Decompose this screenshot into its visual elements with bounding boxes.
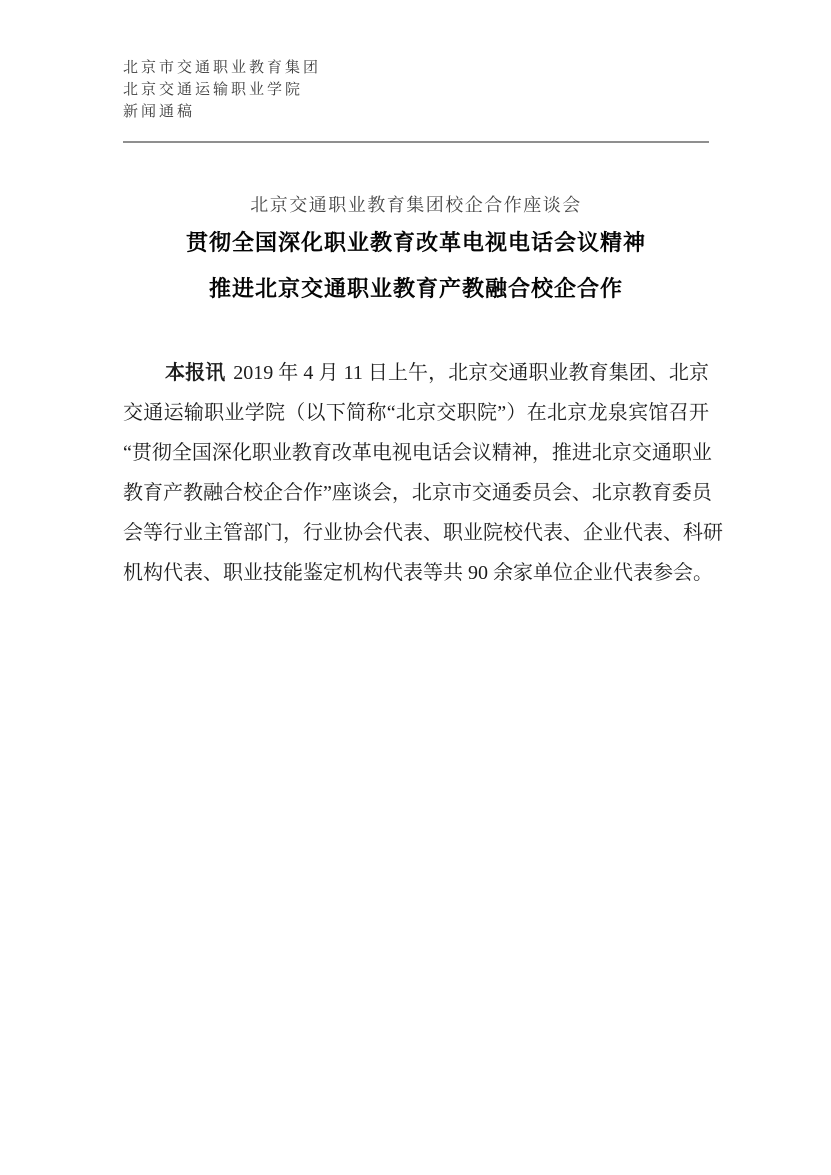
main-title-line-2: 推进北京交通职业教育产教融合校企合作 <box>123 277 709 301</box>
document-page: 北京市交通职业教育集团 北京交通运输职业学院 新闻通稿 北京交通职业教育集团校企… <box>0 0 831 1175</box>
body-line: “贯彻全国深化职业教育改革电视电话会议精神，推进北京交通职业 <box>123 433 709 473</box>
news-article-paragraph: 本报讯2019 年 4 月 11 日上午，北京交通职业教育集团、北京 交通运输职… <box>123 353 709 593</box>
body-line: 会等行业主管部门，行业协会代表、职业院校代表、企业代表、科研 <box>123 513 709 553</box>
byline-lead: 本报讯 <box>165 362 225 384</box>
body-line: 教育产教融合校企合作”座谈会，北京市交通委员会、北京教育委员 <box>123 473 709 513</box>
main-title-line-1: 贯彻全国深化职业教育改革电视电话会议精神 <box>123 231 709 255</box>
document-content: 北京市交通职业教育集团 北京交通运输职业学院 新闻通稿 北京交通职业教育集团校企… <box>123 0 709 593</box>
letterhead-divider <box>123 141 709 143</box>
letterhead: 北京市交通职业教育集团 北京交通运输职业学院 新闻通稿 <box>123 0 709 123</box>
letterhead-org-line-1: 北京市交通职业教育集团 <box>123 57 709 79</box>
letterhead-org-line-2: 北京交通运输职业学院 <box>123 79 709 101</box>
body-line-text: 2019 年 4 月 11 日上午，北京交通职业教育集团、北京 <box>233 362 709 384</box>
body-line: 本报讯2019 年 4 月 11 日上午，北京交通职业教育集团、北京 <box>123 353 709 393</box>
body-line: 机构代表、职业技能鉴定机构代表等共 90 余家单位企业代表参会。 <box>123 553 709 593</box>
meeting-subtitle: 北京交通职业教育集团校企合作座谈会 <box>123 195 709 215</box>
letterhead-doc-type: 新闻通稿 <box>123 101 709 123</box>
body-line: 交通运输职业学院（以下简称“北京交职院”）在北京龙泉宾馆召开 <box>123 393 709 433</box>
